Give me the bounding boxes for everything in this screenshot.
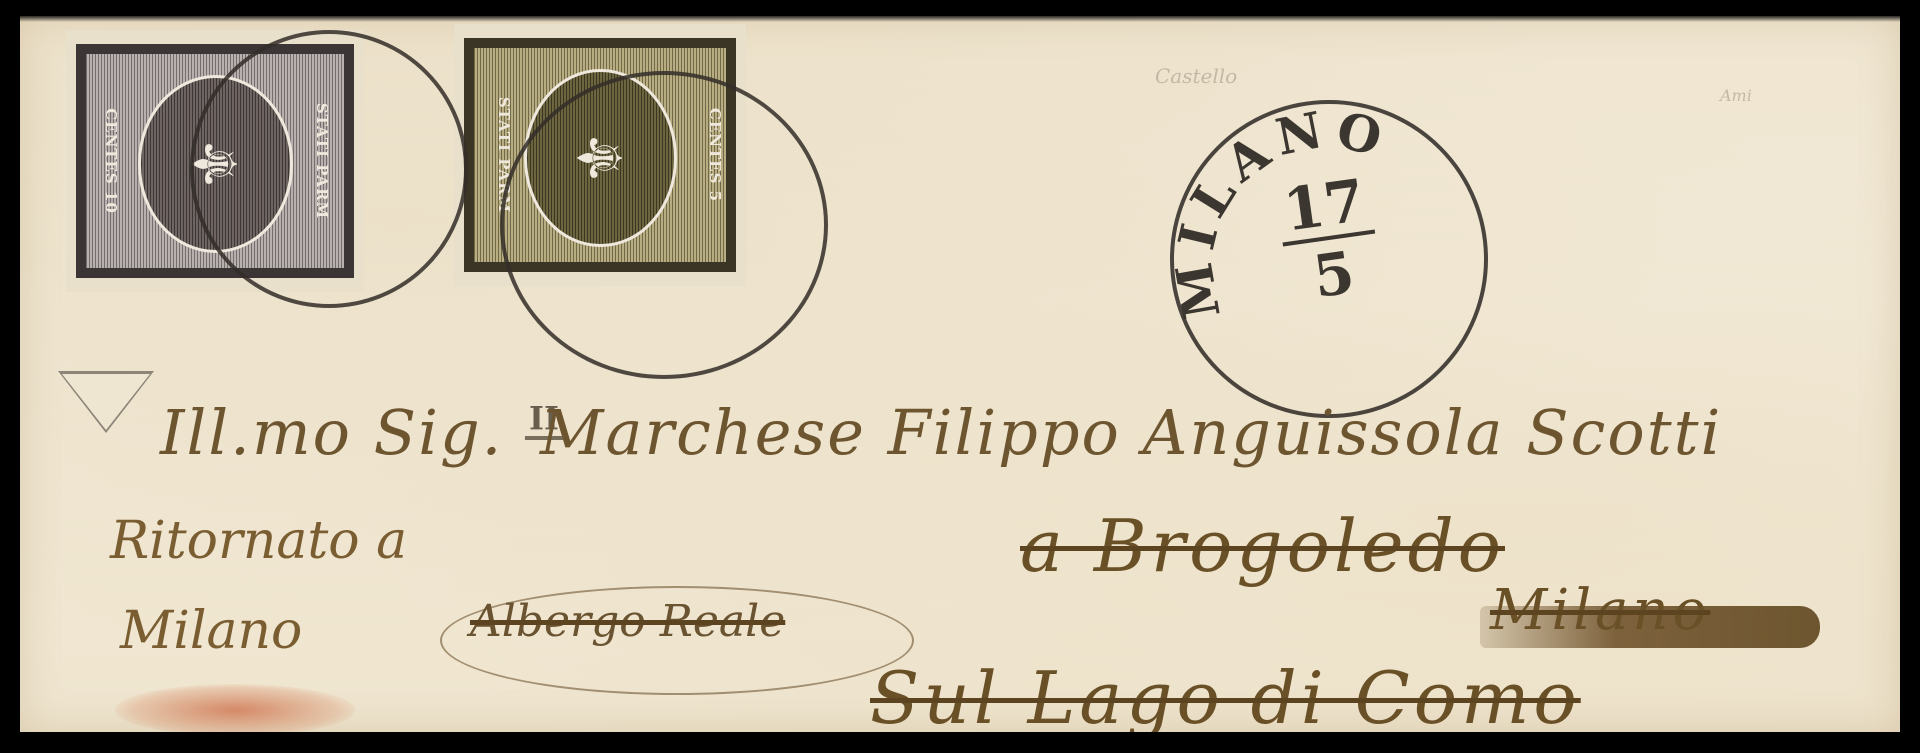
milano-postmark: MILANO 17 5 [1170,100,1488,418]
cancel-ring-1 [190,30,468,308]
address-line-milano: Milano [1490,578,1710,643]
stamp-left-text: CENTES 10 [102,108,120,214]
redirect-note-line1: Ritornato a [110,511,407,571]
addressee-name: Marchese Filippo Anguissola Scotti [540,396,1722,469]
postmark-month: 5 [1283,234,1384,310]
faint-pencil-note-2: Ami [1720,86,1752,105]
struck-hotel-name: Albergo Reale [470,596,785,647]
postmark-date: 17 5 [1274,171,1384,311]
faint-pencil-note: Castello [1155,64,1237,88]
red-crayon-mark [115,684,355,732]
salutation: Ill.mo Sig. [160,396,503,469]
triangle-mark [58,371,154,433]
redirect-note-line2: Milano [120,601,302,661]
address-line-lago-di-como: Sul Lago di Como [870,656,1581,732]
cancel-ring-2 [500,71,828,379]
postal-cover: Castello Ami CENTES 10 STATI PARM ⚜ STAT… [20,16,1900,732]
address-line-brogoledo: a Brogoledo [1020,504,1505,588]
